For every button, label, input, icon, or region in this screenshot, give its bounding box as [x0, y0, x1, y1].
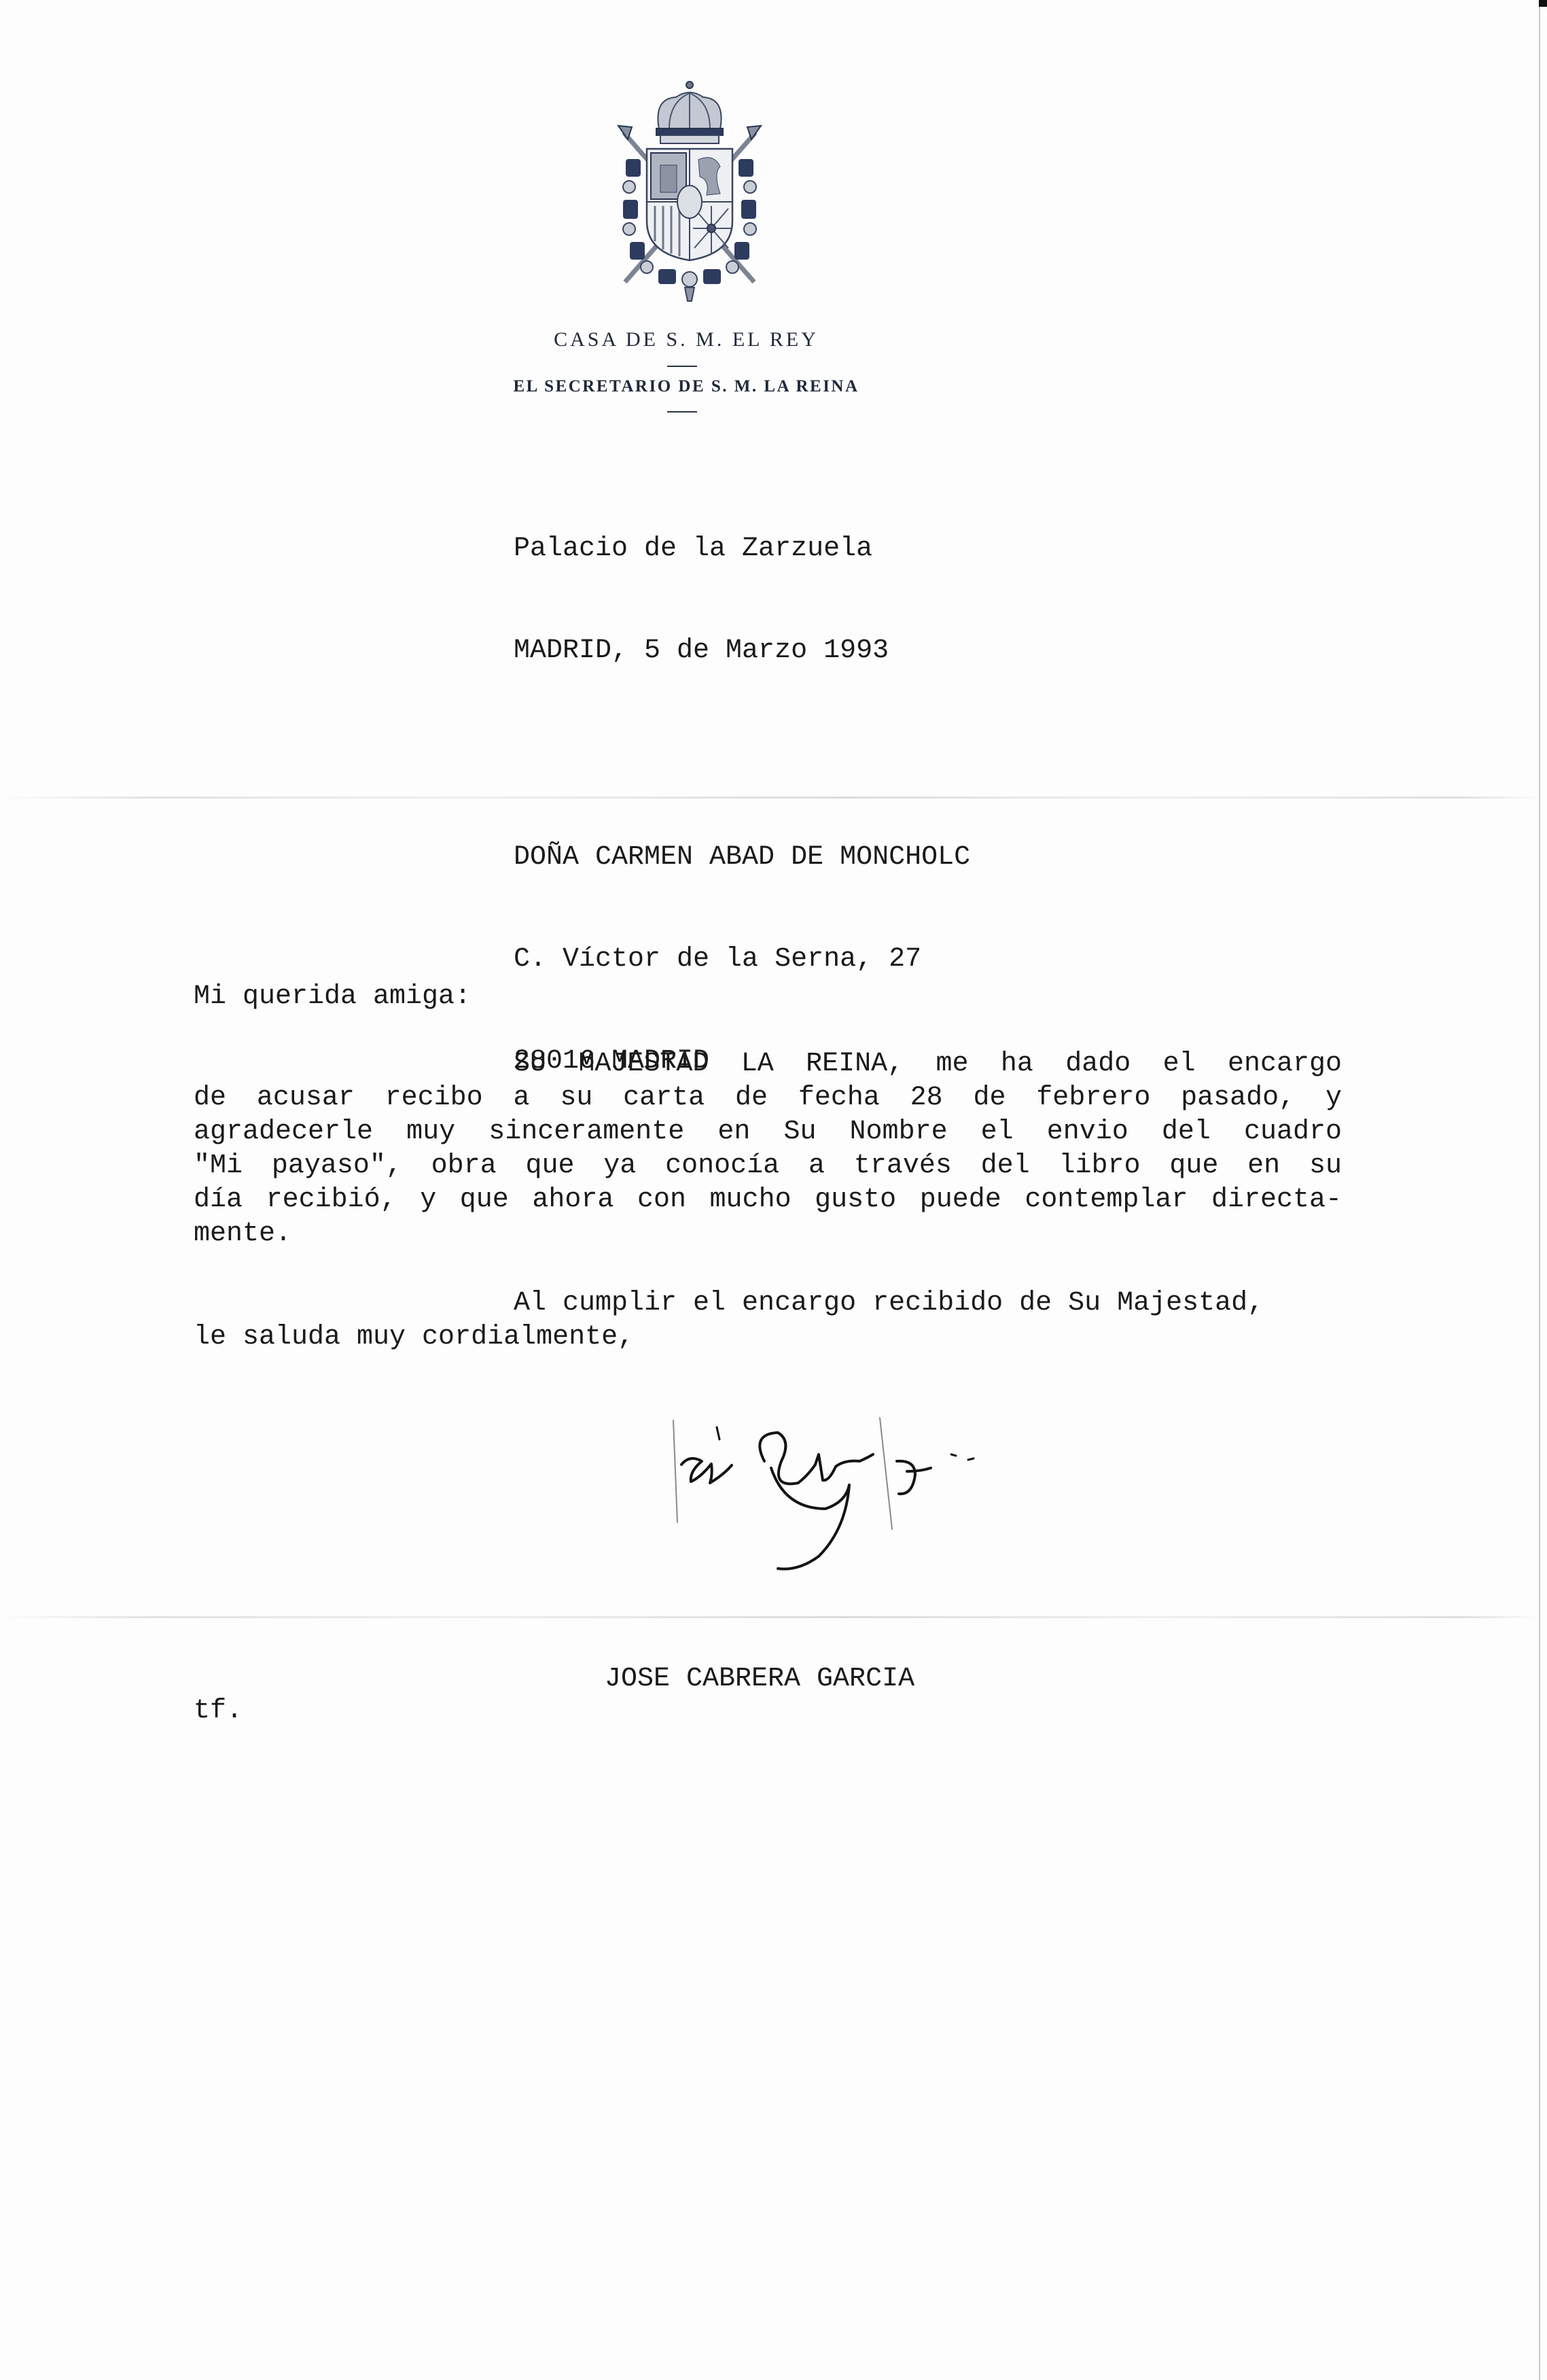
body-line: de acusar recibo a su carta de fecha 28 … [194, 1081, 1342, 1115]
typist-initials: tf. [194, 1694, 243, 1728]
handwritten-signature-icon [662, 1407, 982, 1577]
scan-corner-mark [1539, 0, 1547, 7]
body-line: Al cumplir el encargo recibido de Su Maj… [194, 1287, 1342, 1320]
place-line: Palacio de la Zarzuela [514, 532, 889, 566]
body-line: SU MAJESTAD LA REINA, me ha dado el enca… [194, 1047, 1342, 1081]
body-line: día recibió, y que ahora con mucho gusto… [194, 1183, 1342, 1217]
recipient-name: DOÑA CARMEN ABAD DE MONCHOLC [514, 841, 970, 875]
body-line: le saluda muy cordialmente, [194, 1320, 1342, 1354]
letterhead-title: CASA DE S. M. EL REY [448, 328, 924, 352]
recipient-street: C. Víctor de la Serna, 27 [514, 943, 970, 977]
paper-fold-line [0, 1616, 1539, 1618]
letterhead-subtitle: EL SECRETARIO DE S. M. LA REINA [448, 376, 924, 398]
page-edge [1539, 0, 1540, 2380]
closing-paragraph: Al cumplir el encargo recibido de Su Maj… [194, 1287, 1342, 1354]
royal-coat-of-arms-icon [611, 78, 768, 302]
date-line: MADRID, 5 de Marzo 1993 [514, 634, 889, 668]
body-line: "Mi payaso", obra que ya conocía a travé… [194, 1149, 1342, 1183]
letterhead-divider [667, 366, 697, 367]
date-block: Palacio de la Zarzuela MADRID, 5 de Marz… [514, 464, 889, 702]
body-line: agradecerle muy sinceramente en Su Nombr… [194, 1115, 1342, 1149]
salutation: Mi querida amiga: [194, 980, 471, 1014]
body-paragraph: SU MAJESTAD LA REINA, me ha dado el enca… [194, 1047, 1342, 1251]
letterhead-divider [667, 411, 697, 413]
body-line: mente. [194, 1217, 1342, 1251]
signer-name: JOSE CABRERA GARCIA [605, 1662, 914, 1696]
